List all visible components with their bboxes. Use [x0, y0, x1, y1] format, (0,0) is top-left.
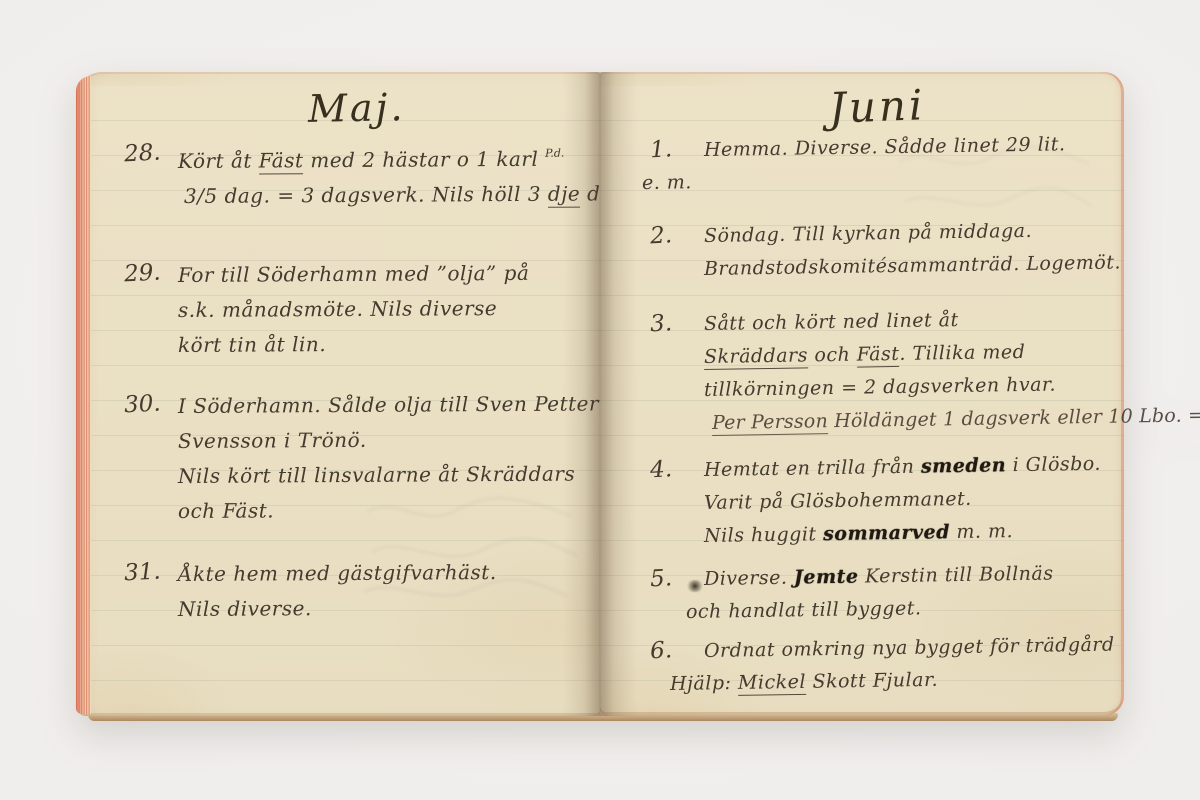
entry-day-number: 6. — [649, 634, 704, 665]
text-segment: Nils huggit — [704, 523, 823, 547]
entry-day-number: 2. — [649, 219, 704, 250]
diary-entry: 28.Kört åt Fäst med 2 hästar o 1 karl P.… — [124, 138, 590, 214]
diary-entry: 3.Sått och kört ned linet åtSkräddars oc… — [644, 308, 1110, 440]
entry-line: s.k. månadsmöte. Nils diverse — [178, 290, 590, 328]
text-segment: Fäst — [857, 343, 900, 368]
text-segment: Fäst — [259, 148, 304, 174]
text-segment: Nils kört till linsvalarne åt Skräddars — [178, 462, 575, 488]
text-segment: och — [808, 344, 857, 367]
text-segment: Varit på Glösbohemmanet. — [704, 488, 972, 514]
entry-text: Ordnat omkring nya bygget för trädgårdHj… — [704, 635, 1115, 701]
diary-entry: 2.Söndag. Till kyrkan på middaga.Brandst… — [644, 220, 1110, 286]
entry-line: Nils kört till linsvalarne åt Skräddars — [178, 456, 599, 494]
entry-day-number: 29. — [123, 257, 178, 288]
text-segment: Hemtat en trilla från — [704, 456, 921, 481]
entry-text: Kört åt Fäst med 2 hästar o 1 karl P.d.3… — [178, 138, 633, 214]
diary-entry: 5.Diverse. Jemte Kerstin till Bollnäsoch… — [644, 563, 1110, 629]
entry-day-number: 4. — [649, 453, 704, 484]
entry-line: Åkte hem med gästgifvarhäst. — [178, 554, 590, 592]
entry-line: Hjälp: Mickel Skott Fjular. — [670, 661, 1115, 701]
text-segment: Kerstin till Bollnäs — [858, 563, 1053, 588]
entry-text: Sått och kört ned linet åtSkräddars och … — [704, 308, 1200, 440]
text-segment: Mickel — [738, 671, 806, 696]
entry-text: For till Söderhamn med ”olja” pås.k. mån… — [178, 258, 590, 363]
text-segment: sommarved — [823, 521, 950, 545]
diary-entry: 1.Hemma. Diverse. Sådde linet 29 lit.e. … — [644, 134, 1110, 200]
page-fore-edge — [76, 76, 91, 714]
entry-line: e. m. — [642, 160, 1110, 200]
text-segment: och Fäst. — [178, 498, 274, 523]
entry-line: For till Söderhamn med ”olja” på — [178, 255, 590, 293]
text-segment: Höldänget 1 dagsverk eller 10 Lbo. = 2.5… — [828, 402, 1200, 432]
diary-entry: 31.Åkte hem med gästgifvarhäst.Nils dive… — [124, 557, 590, 627]
text-segment: Diverse. — [704, 567, 794, 590]
text-segment: Sått och kört ned linet åt — [704, 309, 959, 335]
text-segment: Skräddars — [704, 344, 808, 370]
text-segment: Hjälp: — [670, 672, 738, 695]
text-segment: For till Söderhamn med ”olja” på — [178, 261, 529, 287]
text-segment: Jemte — [794, 566, 859, 589]
month-title-juni: Juni — [828, 80, 926, 132]
entries-left: 28.Kört åt Fäst med 2 hästar o 1 karl P.… — [124, 138, 590, 627]
text-segment: m. m. — [950, 520, 1014, 543]
text-segment: Svensson i Trönö. — [178, 428, 367, 453]
ink-smudge — [686, 580, 704, 592]
text-segment: Ordnat omkring nya bygget för trädgård — [704, 634, 1115, 662]
entry-line: Nils huggit sommarved m. m. — [704, 514, 1110, 553]
entry-line: Kört åt Fäst med 2 hästar o 1 karl P.d. — [178, 135, 633, 179]
entry-text: Diverse. Jemte Kerstin till Bollnäsoch h… — [704, 563, 1110, 629]
text-segment: tillkörningen = 2 dagsverken hvar. — [704, 373, 1056, 401]
entry-line: och Fäst. — [178, 491, 599, 529]
month-title-maj: Maj. — [308, 85, 406, 131]
text-segment: Åkte hem med gästgifvarhäst. — [178, 560, 497, 586]
entry-line: 3/5 dag. = 3 dagsverk. Nils höll 3 dje d… — [184, 176, 633, 214]
text-segment: s.k. månadsmöte. Nils diverse — [178, 296, 497, 322]
text-segment: . Tillika med — [899, 341, 1025, 365]
entry-line: kört tin åt lin. — [178, 325, 590, 363]
diary-book: Maj. 28.Kört åt Fäst med 2 hästar o 1 ka… — [76, 72, 1124, 716]
entry-day-number: 28. — [123, 137, 178, 168]
diary-entry: 29.For till Söderhamn med ”olja” pås.k. … — [124, 258, 590, 363]
text-segment: Kört åt — [178, 149, 259, 173]
text-segment: P.d. — [545, 147, 564, 160]
entry-text: Hemtat en trilla från smeden i Glösbo.Va… — [704, 454, 1110, 553]
entry-line: och handlat till bygget. — [686, 589, 1110, 629]
entry-line: Svensson i Trönö. — [178, 421, 599, 459]
diary-entry: 30.I Söderhamn. Sålde olja till Sven Pet… — [124, 389, 590, 529]
month-heading-wrap: Juni — [644, 82, 1110, 134]
entry-day-number: 3. — [649, 307, 704, 338]
entries-right: 1.Hemma. Diverse. Sådde linet 29 lit.e. … — [644, 134, 1110, 701]
diary-page-right: Juni 1.Hemma. Diverse. Sådde linet 29 li… — [600, 72, 1124, 716]
entry-line: I Söderhamn. Sålde olja till Sven Petter — [178, 386, 599, 424]
diary-entry: 6.Ordnat omkring nya bygget för trädgård… — [644, 635, 1110, 701]
text-segment: e. m. — [642, 171, 692, 194]
text-segment: smeden — [921, 454, 1006, 477]
text-segment: Brandstodskomitésammanträd. Logemöt. — [704, 251, 1121, 280]
entry-day-number: 31. — [123, 556, 178, 587]
text-segment: med 2 hästar o 1 karl — [303, 147, 545, 172]
entry-day-number: 30. — [123, 388, 178, 419]
diary-entry: 4.Hemtat en trilla från smeden i Glösbo.… — [644, 454, 1110, 553]
text-segment: Nils diverse. — [178, 596, 312, 621]
text-segment: och handlat till bygget. — [686, 597, 922, 623]
entry-line: Nils diverse. — [178, 589, 590, 627]
text-segment: 3/5 dag. = 3 dagsverk. Nils höll 3 — [184, 182, 548, 208]
entry-line: Brandstodskomitésammanträd. Logemöt. — [704, 246, 1121, 286]
text-segment: Söndag. Till kyrkan på middaga. — [704, 220, 1032, 247]
entry-text: Åkte hem med gästgifvarhäst.Nils diverse… — [178, 557, 590, 627]
entry-text: I Söderhamn. Sålde olja till Sven Petter… — [178, 389, 599, 529]
entry-text: Söndag. Till kyrkan på middaga.Brandstod… — [704, 220, 1121, 286]
text-segment: kört tin åt lin. — [178, 332, 326, 357]
entry-day-number: 1. — [649, 133, 704, 164]
entry-text: Hemma. Diverse. Sådde linet 29 lit.e. m. — [704, 134, 1110, 200]
text-segment: Skott Fjular. — [806, 669, 938, 693]
text-segment: i Glösbo. — [1006, 453, 1101, 476]
text-segment: Per Persson — [712, 410, 828, 436]
month-heading-wrap: Maj. — [124, 86, 590, 138]
text-segment: I Söderhamn. Sålde olja till Sven Petter — [178, 391, 599, 418]
diary-page-left: Maj. 28.Kört åt Fäst med 2 hästar o 1 ka… — [76, 72, 600, 716]
text-segment: Hemma. Diverse. Sådde linet 29 lit. — [704, 133, 1066, 161]
text-segment: dje — [548, 182, 581, 208]
